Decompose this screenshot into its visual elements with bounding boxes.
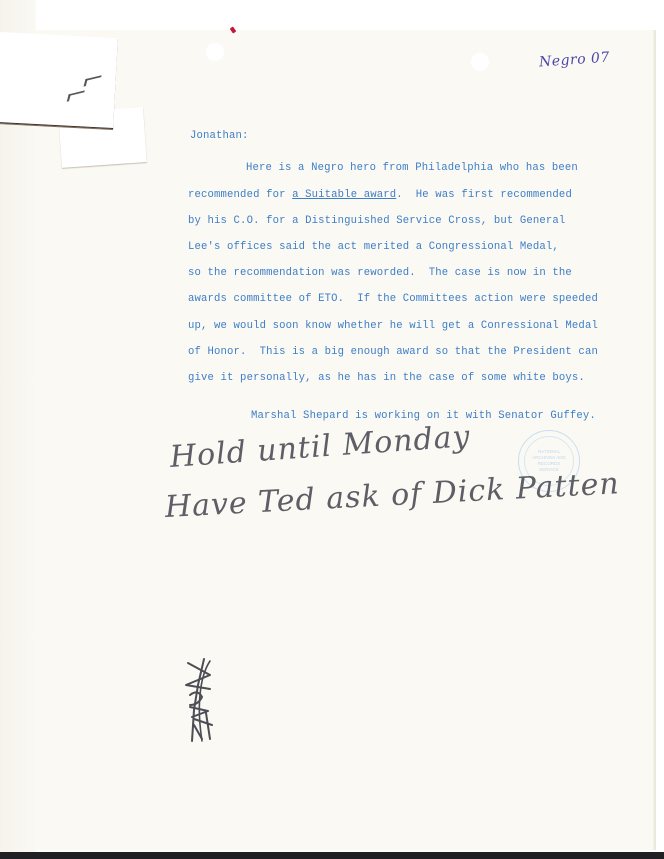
body-line-5: so the recommendation was reworded. The … [188,267,572,279]
body-line-2-end: . He was first recommended [396,189,572,201]
punch-hole-right [470,52,490,72]
body-line-8: of Honor. This is a big enough award so … [188,346,598,358]
body-line-7: up, we would soon know whether he will g… [188,320,598,332]
body-line-4: Lee's offices said the act merited a Con… [188,241,559,253]
punch-hole-left [205,42,225,62]
body-line-6: awards committee of ETO. If the Committe… [188,293,598,305]
salutation: Jonathan: [190,130,249,142]
body-line-1: Here is a Negro hero from Philadelphia w… [246,162,578,174]
staple-icon [67,90,85,101]
underlined-phrase: a Suitable award [292,189,396,201]
scan-bottom-edge [0,852,664,859]
scan-left-margin [0,0,36,852]
sheet-edge [653,30,656,850]
closing-line: Marshal Shepard is working on it with Se… [251,410,596,422]
initials-signature-icon [180,655,220,745]
body-line-2: recommended for a Suitable award. He was… [188,189,572,201]
body-line-2-start: recommended for [188,189,292,201]
staple-icon [83,75,101,86]
body-line-3: by his C.O. for a Distinguished Service … [188,215,565,227]
body-line-9: give it personally, as he has in the cas… [188,372,585,384]
attached-slip [0,32,118,129]
